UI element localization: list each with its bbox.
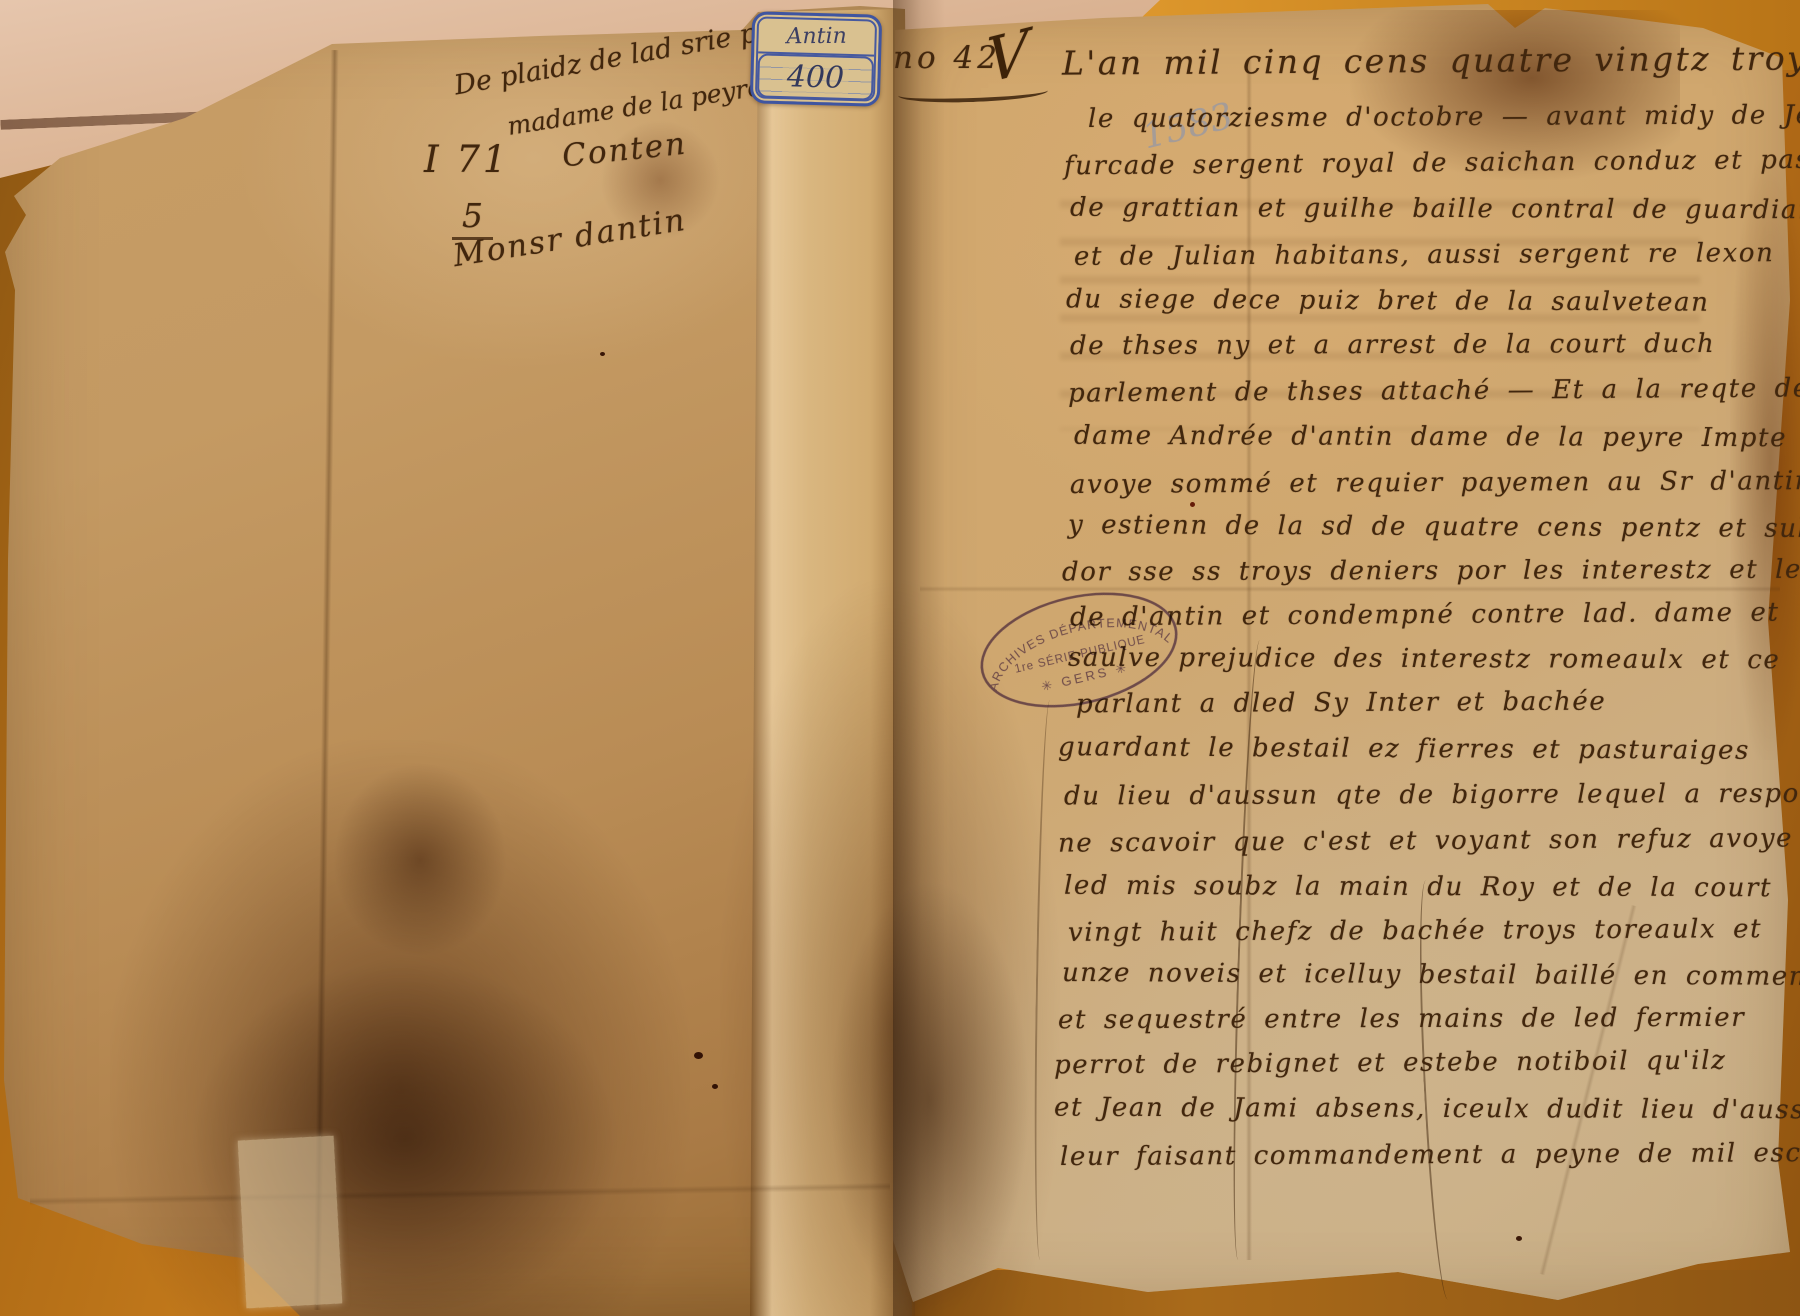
ink-spot: [600, 352, 605, 356]
cote-number-top: I 71: [424, 138, 509, 181]
manuscript-line: vingt huit chefz de bachée troys toreaul…: [1068, 916, 1762, 946]
manuscript-line: et de Julian habitans, aussi sergent re …: [1074, 240, 1775, 270]
archival-label-name: Antin: [786, 23, 846, 48]
archival-label-number-cell: 400: [757, 53, 874, 100]
ink-spot: [1516, 1236, 1522, 1241]
folio-number: no 42: [893, 40, 1001, 76]
archival-label: Antin 400: [750, 11, 883, 107]
fold-shadow: [893, 0, 945, 1316]
manuscript-line: du siege dece puiz bret de la saulvetean: [1066, 286, 1710, 315]
ink-spot: [712, 1084, 718, 1089]
ink-spot: [1190, 502, 1195, 507]
ink-spot: [694, 1052, 703, 1059]
manuscript-line: furcade sergent royal de saichan conduz …: [1064, 147, 1800, 180]
manuscript-line: y estienn de la sd de quatre cens pentz …: [1068, 512, 1800, 542]
repair-patch: [238, 1136, 343, 1309]
manuscript-line: led mis soubz la main du Roy et de la co…: [1064, 873, 1772, 901]
crease-line: [920, 586, 1780, 592]
opening-paraph: V: [985, 16, 1030, 98]
center-fold: [750, 6, 915, 1316]
manuscript-line: le quatorziesme d'octobre — avant midy d…: [1088, 102, 1800, 132]
manuscript-line: avoye sommé et requier payemen au Sr d'a…: [1070, 468, 1800, 498]
archival-label-name-cell: Antin: [758, 17, 875, 56]
manuscript-line: de grattian et guilhe baille contral de …: [1070, 195, 1800, 224]
manuscript-photo: De plaidz de lad srie pour madame de la …: [0, 0, 1800, 1316]
manuscript-line: dame Andrée d'antin dame de la peyre Imp…: [1074, 423, 1787, 451]
manuscript-line: et sequestré entre les mains de led ferm…: [1058, 1005, 1745, 1033]
archival-label-number: 400: [782, 59, 848, 96]
manuscript-line: du lieu d'aussun qte de bigorre lequel a…: [1064, 781, 1800, 810]
manuscript-line: perrot de rebignet et estebe notiboil qu…: [1054, 1048, 1727, 1079]
manuscript-line: parlement de thses attaché — Et a la req…: [1068, 375, 1800, 406]
manuscript-line: ne scavoir que c'est et voyant son refuz…: [1058, 825, 1793, 856]
manuscript-line: guardant le bestail ez fierres et pastur…: [1058, 734, 1750, 764]
manuscript-line: L'an mil cinq cens quatre vingtz troys: [1062, 41, 1800, 79]
manuscript-line: de thses ny et a arrest de la court duch: [1070, 331, 1715, 359]
